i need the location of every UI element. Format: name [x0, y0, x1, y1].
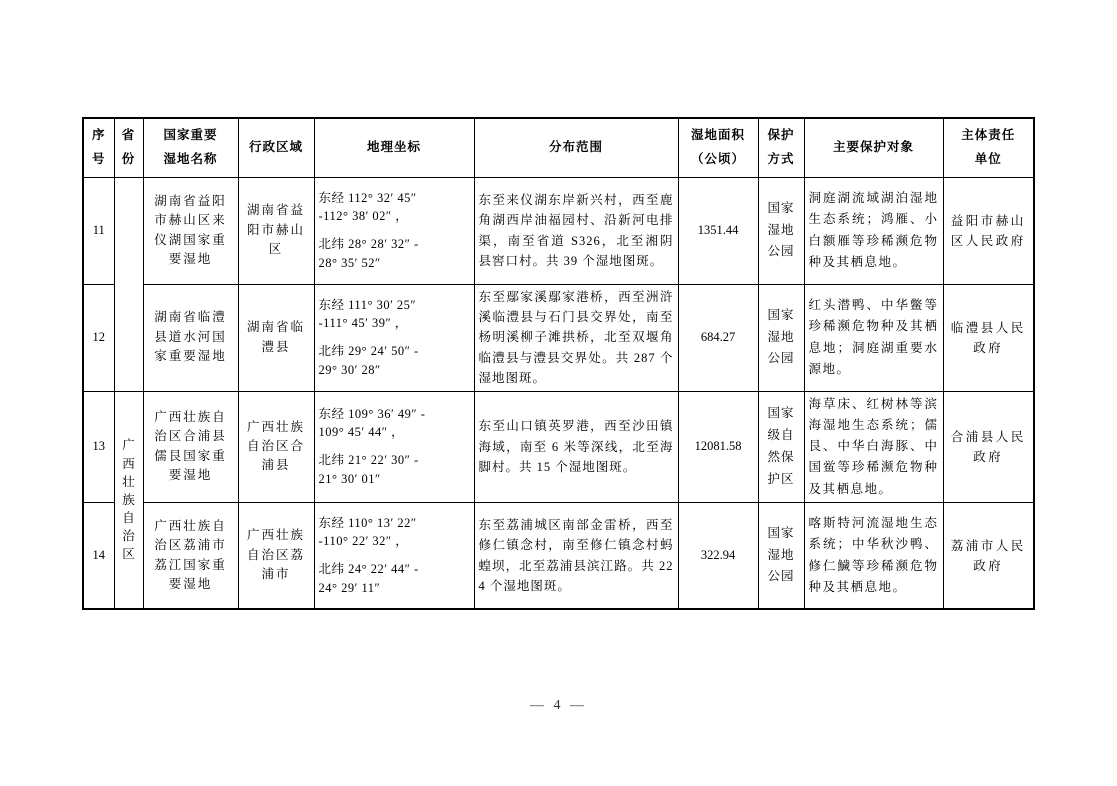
cell-coordinates: 东经 110° 13′ 22″ -110° 22′ 32″ ， 北纬 24° 2…: [314, 502, 474, 609]
cell-protection-objects: 海草床、红树林等滨海湿地生态系统；儒艮、中华白海豚、中国鲎等珍稀濒危物种及其栖息…: [804, 391, 943, 502]
coordinate-east: 东经 109° 36′ 49″ - 109° 45′ 44″ ，: [319, 405, 470, 443]
cell-distribution-range: 东至鄢家溪鄢家港桥，西至洲浒溪临澧县与石门县交界处，南至杨明溪柳子滩拱桥，北至双…: [474, 284, 678, 391]
cell-index: 11: [83, 177, 114, 284]
coordinate-north: 北纬 28° 28′ 32″ - 28° 35′ 52″: [319, 235, 470, 273]
cell-responsible-unit: 合浦县人民政府: [943, 391, 1034, 502]
cell-responsible-unit: 临澧县人民政府: [943, 284, 1034, 391]
cell-coordinates: 东经 109° 36′ 49″ - 109° 45′ 44″ ， 北纬 21° …: [314, 391, 474, 502]
header-col-range: 分布范围: [474, 118, 678, 177]
cell-region: 湖南省临澧县: [238, 284, 314, 391]
cell-wetland-name: 广西壮族自治区合浦县儒艮国家重要湿地: [143, 391, 238, 502]
cell-distribution-range: 东至荔浦城区南部金雷桥，西至修仁镇念村，南至修仁镇念村蚂蝗坝，北至荔浦县滨江路。…: [474, 502, 678, 609]
table-row: 11 湖南省益阳市赫山区来仪湖国家重要湿地 湖南省益阳市赫山区 东经 112° …: [83, 177, 1034, 284]
header-col-protection: 保护 方式: [758, 118, 804, 177]
table-row: 13 广 西 壮 族 自 治 区 广西壮族自治区合浦县儒艮国家重要湿地 广西壮族…: [83, 391, 1034, 502]
coordinate-east: 东经 111° 30′ 25″ -111° 45′ 39″ ，: [319, 296, 470, 334]
wetland-table: 序 号 省 份 国家重要 湿地名称 行政区域 地理坐标 分布范围 湿地面积 （公…: [82, 117, 1035, 610]
cell-coordinates: 东经 112° 32′ 45″ -112° 38′ 02″ ， 北纬 28° 2…: [314, 177, 474, 284]
cell-province-group: [114, 177, 143, 391]
coordinate-north: 北纬 21° 22′ 30″ - 21° 30′ 01″: [319, 451, 470, 489]
cell-protection-objects: 喀斯特河流湿地生态系统；中华秋沙鸭、修仁鱥等珍稀濒危物种及其栖息地。: [804, 502, 943, 609]
coordinate-north: 北纬 29° 24′ 50″ - 29° 30′ 28″: [319, 342, 470, 380]
cell-index: 13: [83, 391, 114, 502]
cell-distribution-range: 东至山口镇英罗港，西至沙田镇海域，南至 6 米等深线，北至海脚村。共 15 个湿…: [474, 391, 678, 502]
document-page: 序 号 省 份 国家重要 湿地名称 行政区域 地理坐标 分布范围 湿地面积 （公…: [0, 0, 1117, 786]
coordinate-east: 东经 110° 13′ 22″ -110° 22′ 32″ ，: [319, 514, 470, 552]
header-col-region: 行政区域: [238, 118, 314, 177]
cell-area: 322.94: [678, 502, 758, 609]
cell-protection-type: 国家 湿地 公园: [758, 502, 804, 609]
cell-region: 湖南省益阳市赫山区: [238, 177, 314, 284]
header-col-index: 序 号: [83, 118, 114, 177]
header-col-area: 湿地面积 （公顷）: [678, 118, 758, 177]
cell-area: 12081.58: [678, 391, 758, 502]
cell-protection-type: 国家 级自 然保 护区: [758, 391, 804, 502]
cell-area: 1351.44: [678, 177, 758, 284]
cell-index: 14: [83, 502, 114, 609]
page-number: — 4 —: [0, 698, 1117, 714]
cell-wetland-name: 湖南省临澧县道水河国家重要湿地: [143, 284, 238, 391]
table-header-row: 序 号 省 份 国家重要 湿地名称 行政区域 地理坐标 分布范围 湿地面积 （公…: [83, 118, 1034, 177]
cell-wetland-name: 广西壮族自治区荔浦市荔江国家重要湿地: [143, 502, 238, 609]
cell-protection-type: 国家 湿地 公园: [758, 284, 804, 391]
coordinate-east: 东经 112° 32′ 45″ -112° 38′ 02″ ，: [319, 189, 470, 227]
cell-region: 广西壮族自治区荔浦市: [238, 502, 314, 609]
cell-protection-objects: 红头潜鸭、中华鳖等珍稀濒危物种及其栖息地；洞庭湖重要水源地。: [804, 284, 943, 391]
cell-province-group: 广 西 壮 族 自 治 区: [114, 391, 143, 609]
table-row: 14 广西壮族自治区荔浦市荔江国家重要湿地 广西壮族自治区荔浦市 东经 110°…: [83, 502, 1034, 609]
header-col-coords: 地理坐标: [314, 118, 474, 177]
cell-protection-objects: 洞庭湖流域湖泊湿地生态系统；鸿雁、小白额雁等珍稀濒危物种及其栖息地。: [804, 177, 943, 284]
cell-coordinates: 东经 111° 30′ 25″ -111° 45′ 39″ ， 北纬 29° 2…: [314, 284, 474, 391]
cell-distribution-range: 东至来仪湖东岸新兴村，西至鹿角湖西岸油福园村、沿新河电排渠，南至省道 S326，…: [474, 177, 678, 284]
cell-protection-type: 国家 湿地 公园: [758, 177, 804, 284]
header-col-province: 省 份: [114, 118, 143, 177]
cell-responsible-unit: 益阳市赫山区人民政府: [943, 177, 1034, 284]
header-col-unit: 主体责任 单位: [943, 118, 1034, 177]
cell-wetland-name: 湖南省益阳市赫山区来仪湖国家重要湿地: [143, 177, 238, 284]
coordinate-north: 北纬 24° 22′ 44″ - 24° 29′ 11″: [319, 560, 470, 598]
header-col-objects: 主要保护对象: [804, 118, 943, 177]
table-row: 12 湖南省临澧县道水河国家重要湿地 湖南省临澧县 东经 111° 30′ 25…: [83, 284, 1034, 391]
cell-area: 684.27: [678, 284, 758, 391]
cell-region: 广西壮族自治区合浦县: [238, 391, 314, 502]
cell-index: 12: [83, 284, 114, 391]
cell-responsible-unit: 荔浦市人民政府: [943, 502, 1034, 609]
header-col-name: 国家重要 湿地名称: [143, 118, 238, 177]
